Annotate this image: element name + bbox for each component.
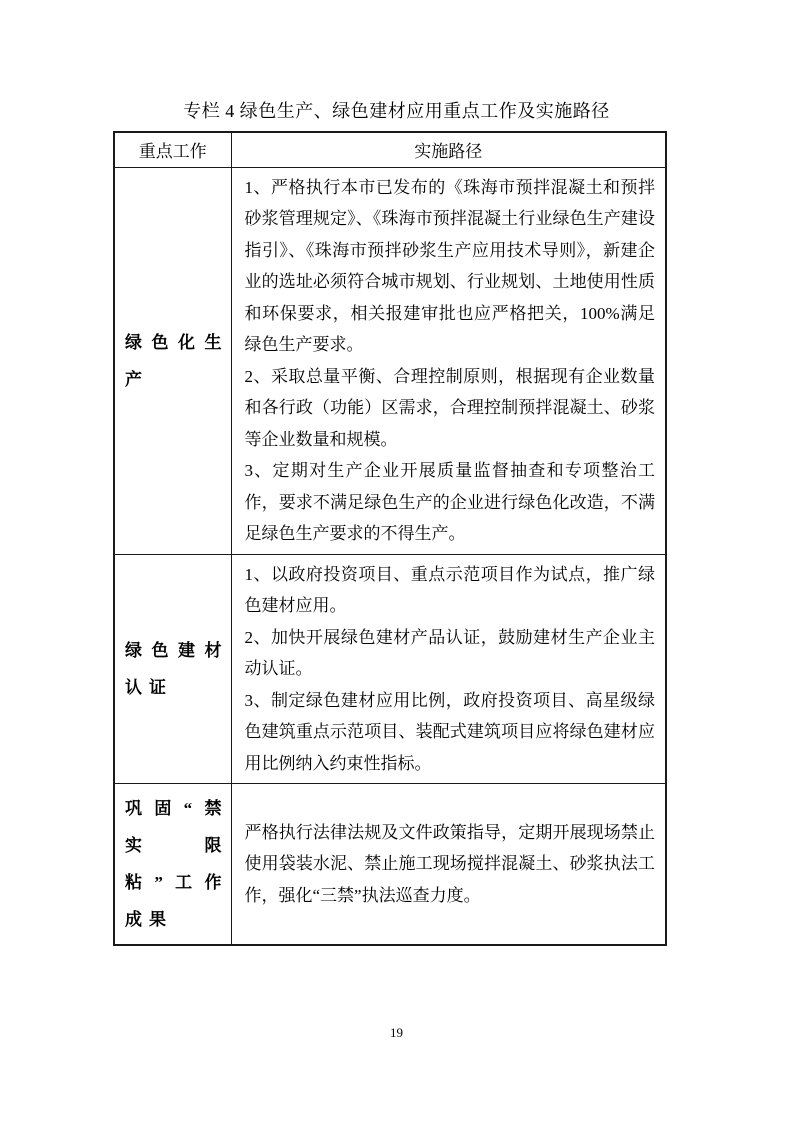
row-label-consolidate-ban-results: 巩固“禁实限粘”工作成果 xyxy=(114,784,231,946)
paragraph: 1、以政府投资项目、重点示范项目作为试点，推广绿色建材应用。 xyxy=(245,559,656,622)
table-row-green-production: 绿色化生产 1、严格执行本市已发布的《珠海市预拌混凝土和预拌砂浆管理规定》、《珠… xyxy=(114,167,666,554)
row-content-consolidate-ban-results: 严格执行法律法规及文件政策指导，定期开展现场禁止使用袋装水泥、禁止施工现场搅拌混… xyxy=(231,784,666,946)
page-title: 专栏 4 绿色生产、绿色建材应用重点工作及实施路径 xyxy=(0,0,793,131)
row-label-green-production: 绿色化生产 xyxy=(114,167,231,554)
page-number: 19 xyxy=(0,1024,793,1042)
paragraph: 3、制定绿色建材应用比例，政府投资项目、高星级绿色建筑重点示范项目、装配式建筑项… xyxy=(245,685,656,780)
row-label-green-material-certification: 绿色建材认证 xyxy=(114,554,231,784)
document-page: 专栏 4 绿色生产、绿色建材应用重点工作及实施路径 重点工作 实施路径 绿色化生… xyxy=(0,0,793,1122)
paragraph: 2、加快开展绿色建材产品认证，鼓励建材生产企业主动认证。 xyxy=(245,622,656,685)
table-row-green-material-certification: 绿色建材认证 1、以政府投资项目、重点示范项目作为试点，推广绿色建材应用。 2、… xyxy=(114,554,666,784)
column-header-key-work: 重点工作 xyxy=(114,132,231,167)
paragraph: 2、采取总量平衡、合理控制原则，根据现有企业数量和各行政（功能）区需求，合理控制… xyxy=(245,361,656,456)
paragraph: 严格执行法律法规及文件政策指导，定期开展现场禁止使用袋装水泥、禁止施工现场搅拌混… xyxy=(245,817,656,912)
table-header-row: 重点工作 实施路径 xyxy=(114,132,666,167)
row-content-green-production: 1、严格执行本市已发布的《珠海市预拌混凝土和预拌砂浆管理规定》、《珠海市预拌混凝… xyxy=(231,167,666,554)
row-content-green-material-certification: 1、以政府投资项目、重点示范项目作为试点，推广绿色建材应用。 2、加快开展绿色建… xyxy=(231,554,666,784)
key-work-table: 重点工作 实施路径 绿色化生产 1、严格执行本市已发布的《珠海市预拌混凝土和预拌… xyxy=(113,131,667,946)
paragraph: 1、严格执行本市已发布的《珠海市预拌混凝土和预拌砂浆管理规定》、《珠海市预拌混凝… xyxy=(245,172,656,361)
paragraph: 3、定期对生产企业开展质量监督抽查和专项整治工作，要求不满足绿色生产的企业进行绿… xyxy=(245,455,656,550)
column-header-implementation-path: 实施路径 xyxy=(231,132,666,167)
table-row-consolidate-ban-results: 巩固“禁实限粘”工作成果 严格执行法律法规及文件政策指导，定期开展现场禁止使用袋… xyxy=(114,784,666,946)
